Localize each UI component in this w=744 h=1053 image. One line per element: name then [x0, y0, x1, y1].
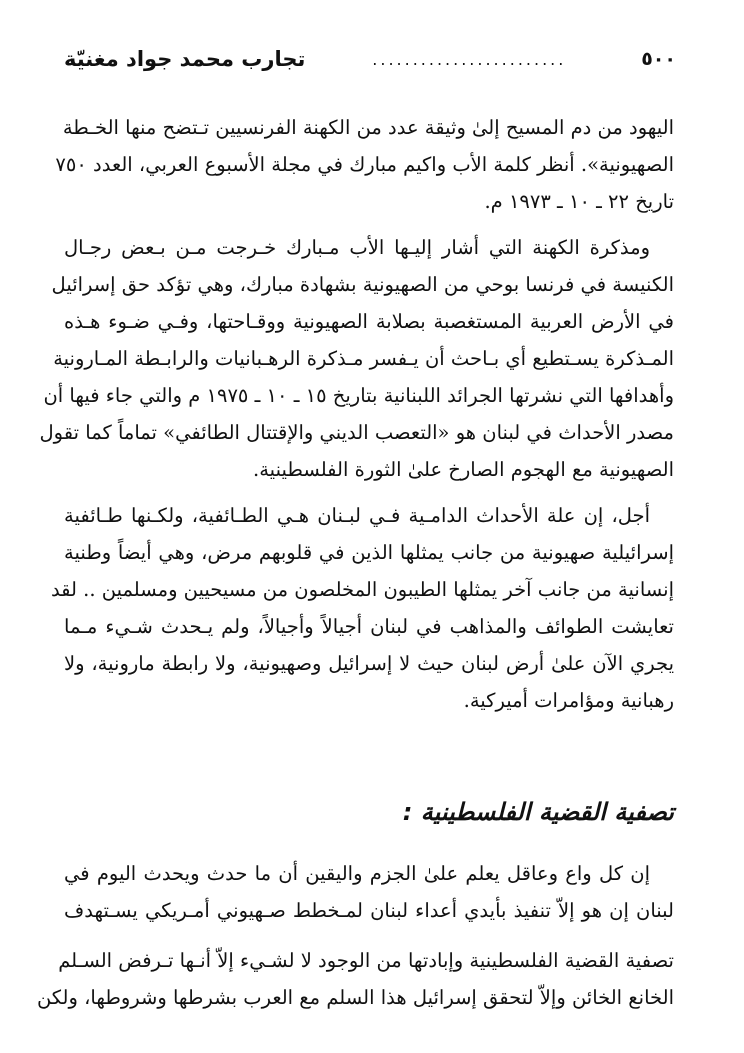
- text-line: مصدر الأحداث في لبنان هو «التعصب الديني …: [64, 415, 674, 451]
- text-line: وأهدافها التي نشرتها الجرائد اللبنانية ب…: [64, 378, 674, 414]
- text-line: ومذكرة الكهنة التي أشار إليـها الأب مـبا…: [64, 230, 650, 266]
- text-line: إنسانية من جانب آخر يمثلها الطيبون المخل…: [64, 572, 674, 608]
- book-title: تجارب محمد جواد مغنيّة: [64, 47, 305, 71]
- section-heading: تصفية القضية الفلسطينية :: [64, 790, 674, 834]
- text-line: المـذكرة يسـتطيع أي بـاحث أن يـفسر مـذكر…: [64, 341, 674, 377]
- text-line: يجري الآن علىٰ أرض لبنان حيث لا إسرائيل …: [64, 646, 674, 682]
- text-line: إسرائيلية صهيونية من جانب يمثلها الذين ف…: [64, 535, 674, 571]
- text-line: رهبانية ومؤامرات أميركية.: [64, 683, 674, 719]
- text-line: في الأرض العربية المستغصبة بصلابة الصهيو…: [64, 304, 674, 340]
- page-number: ٥٠٠: [641, 48, 676, 70]
- leader-dots: ........................: [311, 50, 627, 69]
- book-page: ٥٠٠ ........................ تجارب محمد …: [0, 0, 744, 1053]
- text-line: تاريخ ٢٢ ـ ١٠ ـ ١٩٧٣ م.: [64, 184, 674, 220]
- text-line: الصهيونية مع الهجوم الصارخ علىٰ الثورة ا…: [64, 452, 674, 488]
- text-line: تصفية القضية الفلسطينية وإبادتها من الوج…: [64, 943, 674, 979]
- text-line: إن كل واع وعاقل يعلم علىٰ الجزم واليقين …: [64, 856, 650, 892]
- text-line: لبنان إن هو إلاّ تنفيذ بأيدي أعداء لبنان…: [64, 893, 674, 929]
- running-header: ٥٠٠ ........................ تجارب محمد …: [64, 42, 676, 76]
- text-line: تعايشت الطوائف والمذاهب في لبنان أجيالاً…: [64, 609, 674, 645]
- text-line: اليهود من دم المسيح إلىٰ وثيقة عدد من ال…: [64, 110, 674, 146]
- text-line: الصهيونية». أنظر كلمة الأب واكيم مبارك ف…: [64, 147, 674, 183]
- text-line: الكنيسة في فرنسا بوحي من الصهيونية بشهاد…: [64, 267, 674, 303]
- text-line: أجل، إن علة الأحداث الدامـية فـي لبـنان …: [64, 498, 650, 534]
- text-line: الخانع الخائن وإلاّ لتحقق إسرائيل هذا ال…: [64, 980, 674, 1016]
